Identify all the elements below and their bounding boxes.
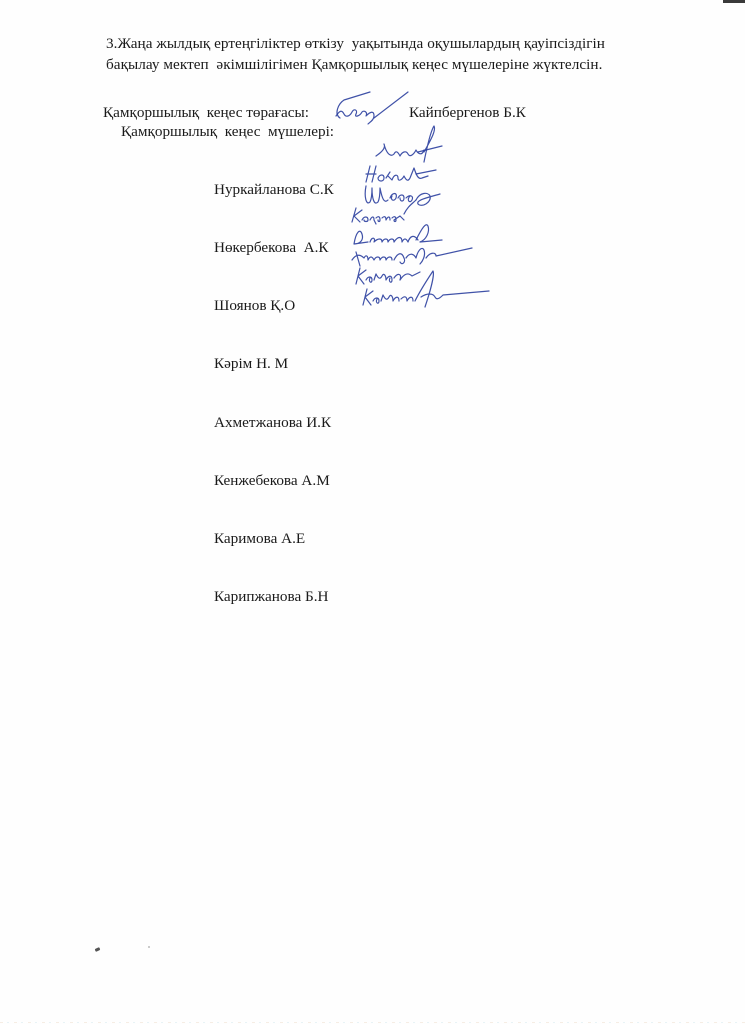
member-name: Каримова А.Е: [214, 529, 334, 548]
chair-label: Қамқоршылық кеңес төрағасы:: [103, 104, 309, 122]
member-name: Карипжанова Б.Н: [214, 587, 334, 606]
member-name: Кенжебекова А.М: [214, 471, 334, 490]
members-label: Қамқоршылық кеңес мүшелері:: [121, 123, 334, 141]
paragraph-line-2: бақылау мектеп әкімшілігімен Қамқоршылық…: [106, 54, 706, 75]
scanned-page: 3.Жаңа жылдық ертеңгіліктер өткізу уақыт…: [0, 0, 745, 1024]
scan-edge-mark: [723, 0, 745, 3]
member-name: Ахметжанова И.К: [214, 413, 334, 432]
scan-bottom-edge: [0, 1022, 745, 1023]
member-name: Нөкербекова А.К: [214, 238, 334, 257]
member-name: Кәрім Н. М: [214, 354, 334, 373]
chair-name: Кайпбергенов Б.К: [409, 104, 526, 122]
scan-speck: [148, 946, 150, 948]
member-name: Шоянов Қ.О: [214, 296, 334, 315]
chair-signature-icon: [330, 88, 420, 128]
signature-karipzhanova-icon: [355, 275, 495, 315]
scan-speck: [95, 947, 101, 952]
paragraph-line-1: 3.Жаңа жылдық ертеңгіліктер өткізу уақыт…: [106, 33, 706, 54]
resolution-paragraph: 3.Жаңа жылдық ертеңгіліктер өткізу уақыт…: [106, 33, 706, 75]
members-list: Нуркайланова С.К Нөкербекова А.К Шоянов …: [214, 141, 334, 645]
member-name: Нуркайланова С.К: [214, 180, 334, 199]
